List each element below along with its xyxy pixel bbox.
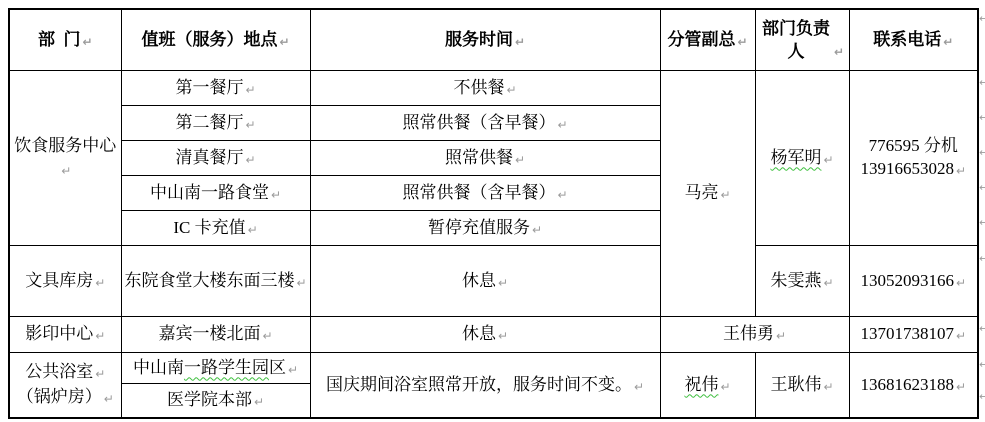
catering-location-text: 清真餐厅 [175,148,243,167]
paragraph-mark-icon: ↵ [248,223,258,237]
paragraph-mark-icon: ↵ [245,83,255,97]
paragraph-mark-icon: ↵ [498,329,508,343]
row-end-mark-icon: ↵ [979,111,985,124]
cell-stationery-phone[interactable]: 13052093166↵ [849,246,978,317]
cell-stationery-location[interactable]: 东院食堂大楼东面三楼↵ [121,246,310,317]
catering-phone-line1: 776595 分机 [869,136,958,155]
header-cell-phone[interactable]: 联系电话↵ [849,9,978,71]
paragraph-mark-icon: ↵ [82,35,92,49]
cell-catering-location-5[interactable]: IC 卡充值↵ [121,211,310,246]
bathhouse-time-text: 国庆期间浴室照常开放，服务时间不变。 [326,375,632,394]
cell-catering-manager[interactable]: 杨军明↵ [755,71,849,246]
paragraph-mark-icon: ↵ [262,329,272,343]
cell-bathhouse-manager[interactable]: 王耿伟↵ [755,353,849,419]
catering-manager-text: 杨军明 [770,148,821,167]
printing-manager-text: 王伟勇 [723,324,774,343]
stationery-manager-text: 朱雯燕 [770,271,821,290]
header-cell-time[interactable]: 服务时间↵ [310,9,660,71]
cell-catering-time-1[interactable]: 不供餐↵ [310,71,660,106]
stationery-location-text: 东院食堂大楼东面三楼 [124,271,294,290]
paragraph-mark-icon: ↵ [720,188,730,202]
row-end-mark-icon: ↵ [979,146,985,159]
document-page: { "marks": { "paragraph": "\u21b5" }, "c… [0,0,985,422]
bathhouse-vice-president-text: 祝伟 [684,375,718,394]
table-row: 饮食服务中心↵ 第一餐厅↵ 不供餐↵ 马亮↵ 杨军明↵ 776595 分机 13… [9,71,978,106]
paragraph-mark-icon: ↵ [823,153,833,167]
bathhouse-location1-post: 区 [269,358,286,377]
row-end-mark-icon: ↵ [979,252,985,265]
row-end-mark-icon: ↵ [979,216,985,229]
header-department-label: 部 门 [38,30,81,49]
cell-printing-time[interactable]: 休息↵ [310,317,660,353]
catering-time-text: 照常供餐 [445,148,513,167]
paragraph-mark-icon: ↵ [279,35,289,49]
cell-bathhouse-vice-president[interactable]: 祝伟↵ [660,353,755,419]
header-manager-label: 部门负责人 [760,17,832,63]
stationery-time-text: 休息 [462,271,496,290]
bathhouse-department-line2: （锅炉房） [17,387,102,406]
paragraph-mark-icon: ↵ [245,153,255,167]
header-vice-president-label: 分管副总 [667,30,735,49]
printing-location-text: 嘉宾一楼北面 [158,324,260,343]
bathhouse-phone-text: 13681623188 [860,375,954,394]
paragraph-mark-icon: ↵ [956,380,966,394]
cell-printing-department[interactable]: 影印中心↵ [9,317,121,353]
header-cell-manager[interactable]: 部门负责人↵ [755,9,849,71]
table-row: 影印中心↵ 嘉宾一楼北面↵ 休息↵ 王伟勇↵ 13701738107↵ [9,317,978,353]
catering-time-text: 不供餐 [453,78,504,97]
paragraph-mark-icon: ↵ [104,392,114,406]
cell-catering-phone[interactable]: 776595 分机 13916653028↵ [849,71,978,246]
header-cell-department[interactable]: 部 门↵ [9,9,121,71]
paragraph-mark-icon: ↵ [515,35,525,49]
catering-vice-president-text: 马亮 [684,183,718,202]
paragraph-mark-icon: ↵ [557,118,567,132]
row-end-mark-icon: ↵ [979,390,985,403]
table-row: 公共浴室↵ （锅炉房）↵ 中山南一路学生园区↵ 国庆期间浴室照常开放，服务时间不… [9,353,978,384]
paragraph-mark-icon: ↵ [95,329,105,343]
paragraph-mark-icon: ↵ [532,223,542,237]
cell-catering-time-2[interactable]: 照常供餐（含早餐）↵ [310,106,660,141]
paragraph-mark-icon: ↵ [296,276,306,290]
paragraph-mark-icon: ↵ [61,164,71,178]
cell-printing-manager[interactable]: 王伟勇↵ [660,317,849,353]
row-end-mark-icon: ↵ [979,76,985,89]
row-end-mark-icon: ↵ [979,358,985,371]
stationery-department-text: 文具库房 [25,271,93,290]
cell-bathhouse-department[interactable]: 公共浴室↵ （锅炉房）↵ [9,353,121,419]
paragraph-mark-icon: ↵ [634,380,644,394]
row-end-mark-icon: ↵ [979,12,985,25]
cell-catering-time-5[interactable]: 暂停充值服务↵ [310,211,660,246]
paragraph-mark-icon: ↵ [498,276,508,290]
bathhouse-location2-text: 医学院本部 [167,390,252,409]
cell-bathhouse-location-1[interactable]: 中山南一路学生园区↵ [121,353,310,384]
bathhouse-manager-text: 王耿伟 [770,375,821,394]
cell-catering-location-2[interactable]: 第二餐厅↵ [121,106,310,141]
paragraph-mark-icon: ↵ [506,83,516,97]
paragraph-mark-icon: ↵ [288,363,298,377]
header-cell-vice-president[interactable]: 分管副总↵ [660,9,755,71]
cell-catering-department[interactable]: 饮食服务中心↵ [9,71,121,246]
header-time-label: 服务时间 [445,30,513,49]
catering-time-text: 暂停充值服务 [428,218,530,237]
cell-catering-vice-president[interactable]: 马亮↵ [660,71,755,317]
cell-bathhouse-time[interactable]: 国庆期间浴室照常开放，服务时间不变。↵ [310,353,660,419]
cell-stationery-time[interactable]: 休息↵ [310,246,660,317]
paragraph-mark-icon: ↵ [823,380,833,394]
paragraph-mark-icon: ↵ [956,164,966,178]
paragraph-mark-icon: ↵ [245,118,255,132]
printing-time-text: 休息 [462,324,496,343]
cell-bathhouse-location-2[interactable]: 医学院本部↵ [121,384,310,419]
paragraph-mark-icon: ↵ [737,35,747,49]
catering-phone-line2: 13916653028 [860,159,954,178]
duty-schedule-table: 部 门↵ 值班（服务）地点↵ 服务时间↵ 分管副总↵ 部门负责人↵ 联系电话↵ … [8,8,979,419]
cell-bathhouse-phone[interactable]: 13681623188↵ [849,353,978,419]
paragraph-mark-icon: ↵ [956,329,966,343]
row-end-mark-icon: ↵ [979,322,985,335]
cell-catering-location-3[interactable]: 清真餐厅↵ [121,141,310,176]
table-header-row: 部 门↵ 值班（服务）地点↵ 服务时间↵ 分管副总↵ 部门负责人↵ 联系电话↵ [9,9,978,71]
catering-location-text: 中山南一路食堂 [150,183,269,202]
paragraph-mark-icon: ↵ [720,380,730,394]
printing-phone-text: 13701738107 [860,324,954,343]
paragraph-mark-icon: ↵ [943,35,953,49]
cell-printing-location[interactable]: 嘉宾一楼北面↵ [121,317,310,353]
catering-time-text: 照常供餐（含早餐） [402,113,555,132]
catering-department-text: 饮食服务中心 [14,136,116,155]
paragraph-mark-icon: ↵ [956,276,966,290]
paragraph-mark-icon: ↵ [95,367,105,381]
cell-catering-location-1[interactable]: 第一餐厅↵ [121,71,310,106]
printing-department-text: 影印中心 [25,324,93,343]
paragraph-mark-icon: ↵ [515,153,525,167]
paragraph-mark-icon: ↵ [834,45,844,59]
catering-location-text: 第一餐厅 [175,78,243,97]
cell-stationery-manager[interactable]: 朱雯燕↵ [755,246,849,317]
cell-stationery-department[interactable]: 文具库房↵ [9,246,121,317]
paragraph-mark-icon: ↵ [254,395,264,409]
paragraph-mark-icon: ↵ [557,188,567,202]
catering-location-text: IC 卡充值 [173,218,245,237]
cell-catering-location-4[interactable]: 中山南一路食堂↵ [121,176,310,211]
row-end-mark-icon: ↵ [979,181,985,194]
bathhouse-location1-pre: 中山南 [133,358,184,377]
catering-time-text: 照常供餐（含早餐） [402,183,555,202]
cell-printing-phone[interactable]: 13701738107↵ [849,317,978,353]
bathhouse-department-line1: 公共浴室 [25,362,93,381]
header-cell-location[interactable]: 值班（服务）地点↵ [121,9,310,71]
header-phone-label: 联系电话 [873,30,941,49]
bathhouse-location1-squiggle: 一路学生园 [184,358,269,377]
stationery-phone-text: 13052093166 [860,271,954,290]
paragraph-mark-icon: ↵ [776,329,786,343]
table-row: 文具库房↵ 东院食堂大楼东面三楼↵ 休息↵ 朱雯燕↵ 13052093166↵ [9,246,978,317]
cell-catering-time-3[interactable]: 照常供餐↵ [310,141,660,176]
header-location-label: 值班（服务）地点 [141,30,277,49]
catering-location-text: 第二餐厅 [175,113,243,132]
paragraph-mark-icon: ↵ [95,276,105,290]
paragraph-mark-icon: ↵ [271,188,281,202]
cell-catering-time-4[interactable]: 照常供餐（含早餐）↵ [310,176,660,211]
paragraph-mark-icon: ↵ [823,276,833,290]
